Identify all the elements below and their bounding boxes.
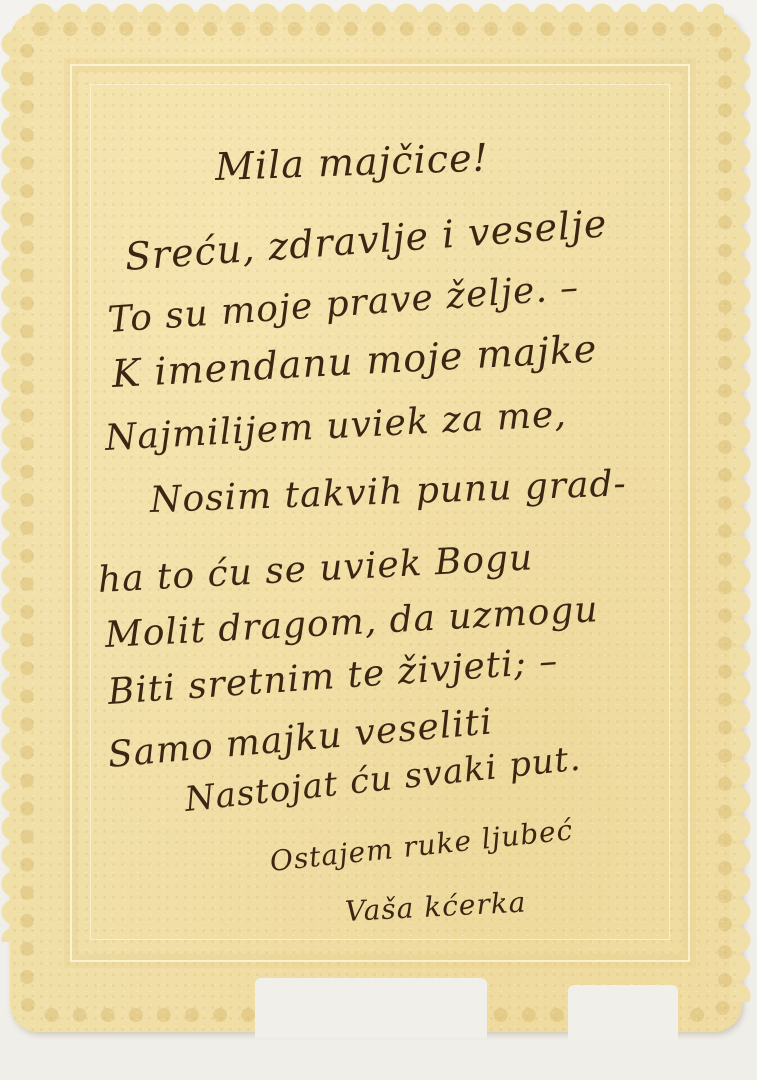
photo-background: Mila majčice! Sreću, zdravlje i veselje … <box>0 0 757 1080</box>
lace-scallop-left <box>0 30 22 942</box>
lace-scallop-right <box>730 30 752 1002</box>
torn-lace-gap <box>568 985 678 1040</box>
torn-lace-gap <box>255 978 487 1038</box>
lace-scallop-top <box>28 2 724 24</box>
